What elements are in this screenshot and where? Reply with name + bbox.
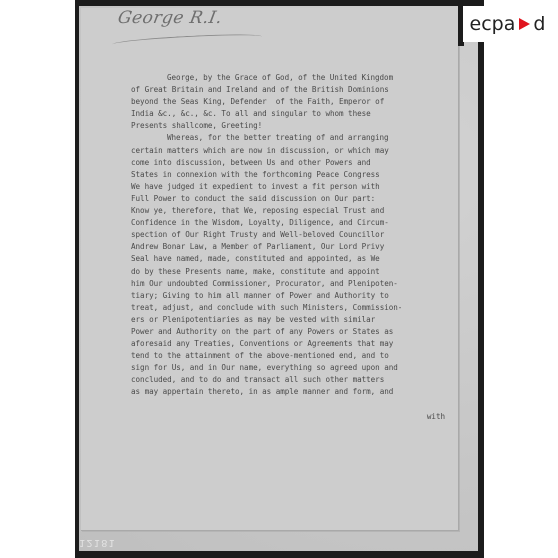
document-line: treat, adjust, and conclude with such Mi… [131,302,445,314]
document-line: George, by the Grace of God, of the Unit… [145,72,445,84]
document-line: India &c., &c., &c. To all and singular … [131,108,445,120]
document-line: do by these Presents name, make, constit… [131,266,445,278]
document-line: him Our undoubted Commissioner, Procurat… [131,278,445,290]
document-body: George, by the Grace of God, of the Unit… [145,72,445,423]
document-line: spection of Our Right Trusty and Well-be… [131,229,445,241]
play-arrow-icon [519,18,530,30]
document-line [131,399,445,411]
document-line: States in connexion with the forthcoming… [131,169,445,181]
document-line: certain matters which are now in discuss… [131,145,445,157]
document-line: Presents shallcome, Greeting! [131,120,445,132]
document-line: aforesaid any Treaties, Conventions or A… [131,338,445,350]
document-line: as may appertain thereto, in as ample ma… [131,386,445,398]
document-line: tend to the attainment of the above-ment… [131,350,445,362]
document-line: concluded, and to do and transact all su… [131,374,445,386]
document-line: Confidence in the Wisdom, Loyalty, Dilig… [131,217,445,229]
document-line: Seal have named, made, constituted and a… [131,253,445,265]
document-line: Whereas, for the better treating of and … [145,132,445,144]
royal-signature: George R.I. [116,8,224,28]
document-line: Full Power to conduct the said discussio… [131,193,445,205]
document-line: Power and Authority on the part of any P… [131,326,445,338]
logo-suffix: d [533,13,545,35]
document-line: Andrew Bonar Law, a Member of Parliament… [131,241,445,253]
logo-prefix: ecpa [470,13,516,35]
document-line: tiary; Giving to him all manner of Power… [131,290,445,302]
document-line: Know ye, therefore, that We, reposing es… [131,205,445,217]
document-line: with [145,411,445,423]
document-line: of Great Britain and Ireland and of the … [131,84,445,96]
document-line: We have judged it expedient to invest a … [131,181,445,193]
document-line: come into discussion, between Us and oth… [131,157,445,169]
catalog-number: 12181 [79,537,116,548]
document-line: ers or Plenipotentiaries as may be veste… [131,314,445,326]
ecpad-logo[interactable]: ecpa d [463,6,552,42]
document-line: sign for Us, and in Our name, everything… [131,362,445,374]
document-line: beyond the Seas King, Defender of the Fa… [131,96,445,108]
